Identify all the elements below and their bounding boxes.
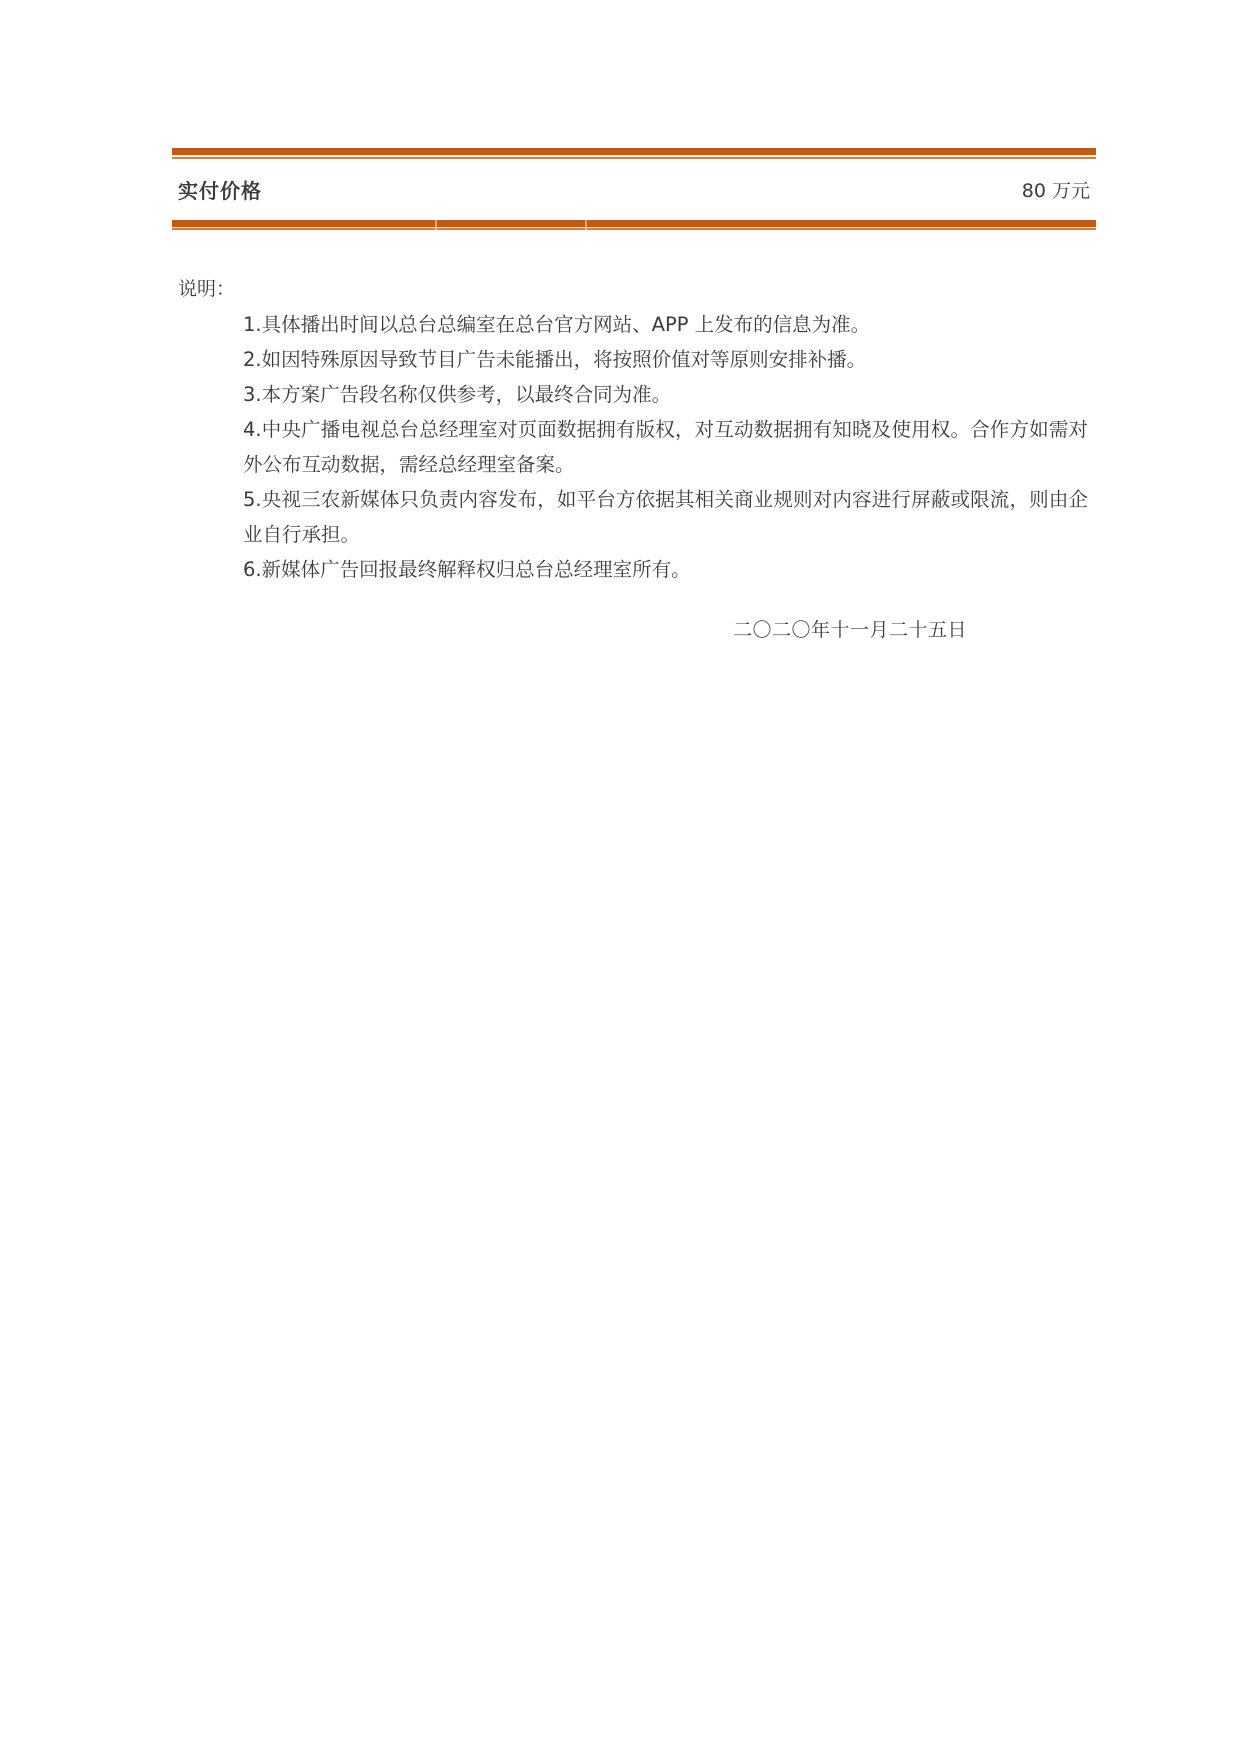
notes-section: 说明： 1.具体播出时间以总台总编室在总台官方网站、APP 上发布的信息为准。 … bbox=[178, 272, 1090, 587]
notes-heading: 说明： bbox=[178, 272, 1090, 307]
table-cell-divider-mark bbox=[585, 220, 587, 230]
price-label: 实付价格 bbox=[178, 175, 262, 204]
signature-date: 二〇二〇年十一月二十五日 bbox=[733, 616, 967, 644]
table-bottom-border-thin bbox=[172, 228, 1096, 230]
notes-list: 1.具体播出时间以总台总编室在总台官方网站、APP 上发布的信息为准。 2.如因… bbox=[243, 307, 1088, 587]
price-summary-table: 实付价格 80 万元 bbox=[172, 148, 1096, 230]
table-top-border-thick bbox=[172, 148, 1096, 155]
note-item: 3.本方案广告段名称仅供参考，以最终合同为准。 bbox=[243, 377, 1088, 412]
document-page: 实付价格 80 万元 说明： 1.具体播出时间以总台总编室在总台官方网站、APP… bbox=[0, 0, 1239, 1754]
note-item: 6.新媒体广告回报最终解释权归总台总经理室所有。 bbox=[243, 552, 1088, 587]
note-item: 1.具体播出时间以总台总编室在总台官方网站、APP 上发布的信息为准。 bbox=[243, 307, 1088, 342]
price-value: 80 万元 bbox=[1022, 176, 1090, 203]
price-row: 实付价格 80 万元 bbox=[172, 159, 1096, 220]
table-cell-divider-mark bbox=[435, 220, 437, 230]
note-item: 4.中央广播电视总台总经理室对页面数据拥有版权，对互动数据拥有知晓及使用权。合作… bbox=[243, 412, 1088, 482]
note-item: 5.央视三农新媒体只负责内容发布，如平台方依据其相关商业规则对内容进行屏蔽或限流… bbox=[243, 482, 1088, 552]
table-bottom-border bbox=[172, 220, 1096, 230]
note-item: 2.如因特殊原因导致节目广告未能播出，将按照价值对等原则安排补播。 bbox=[243, 342, 1088, 377]
table-bottom-border-thick bbox=[172, 220, 1096, 227]
